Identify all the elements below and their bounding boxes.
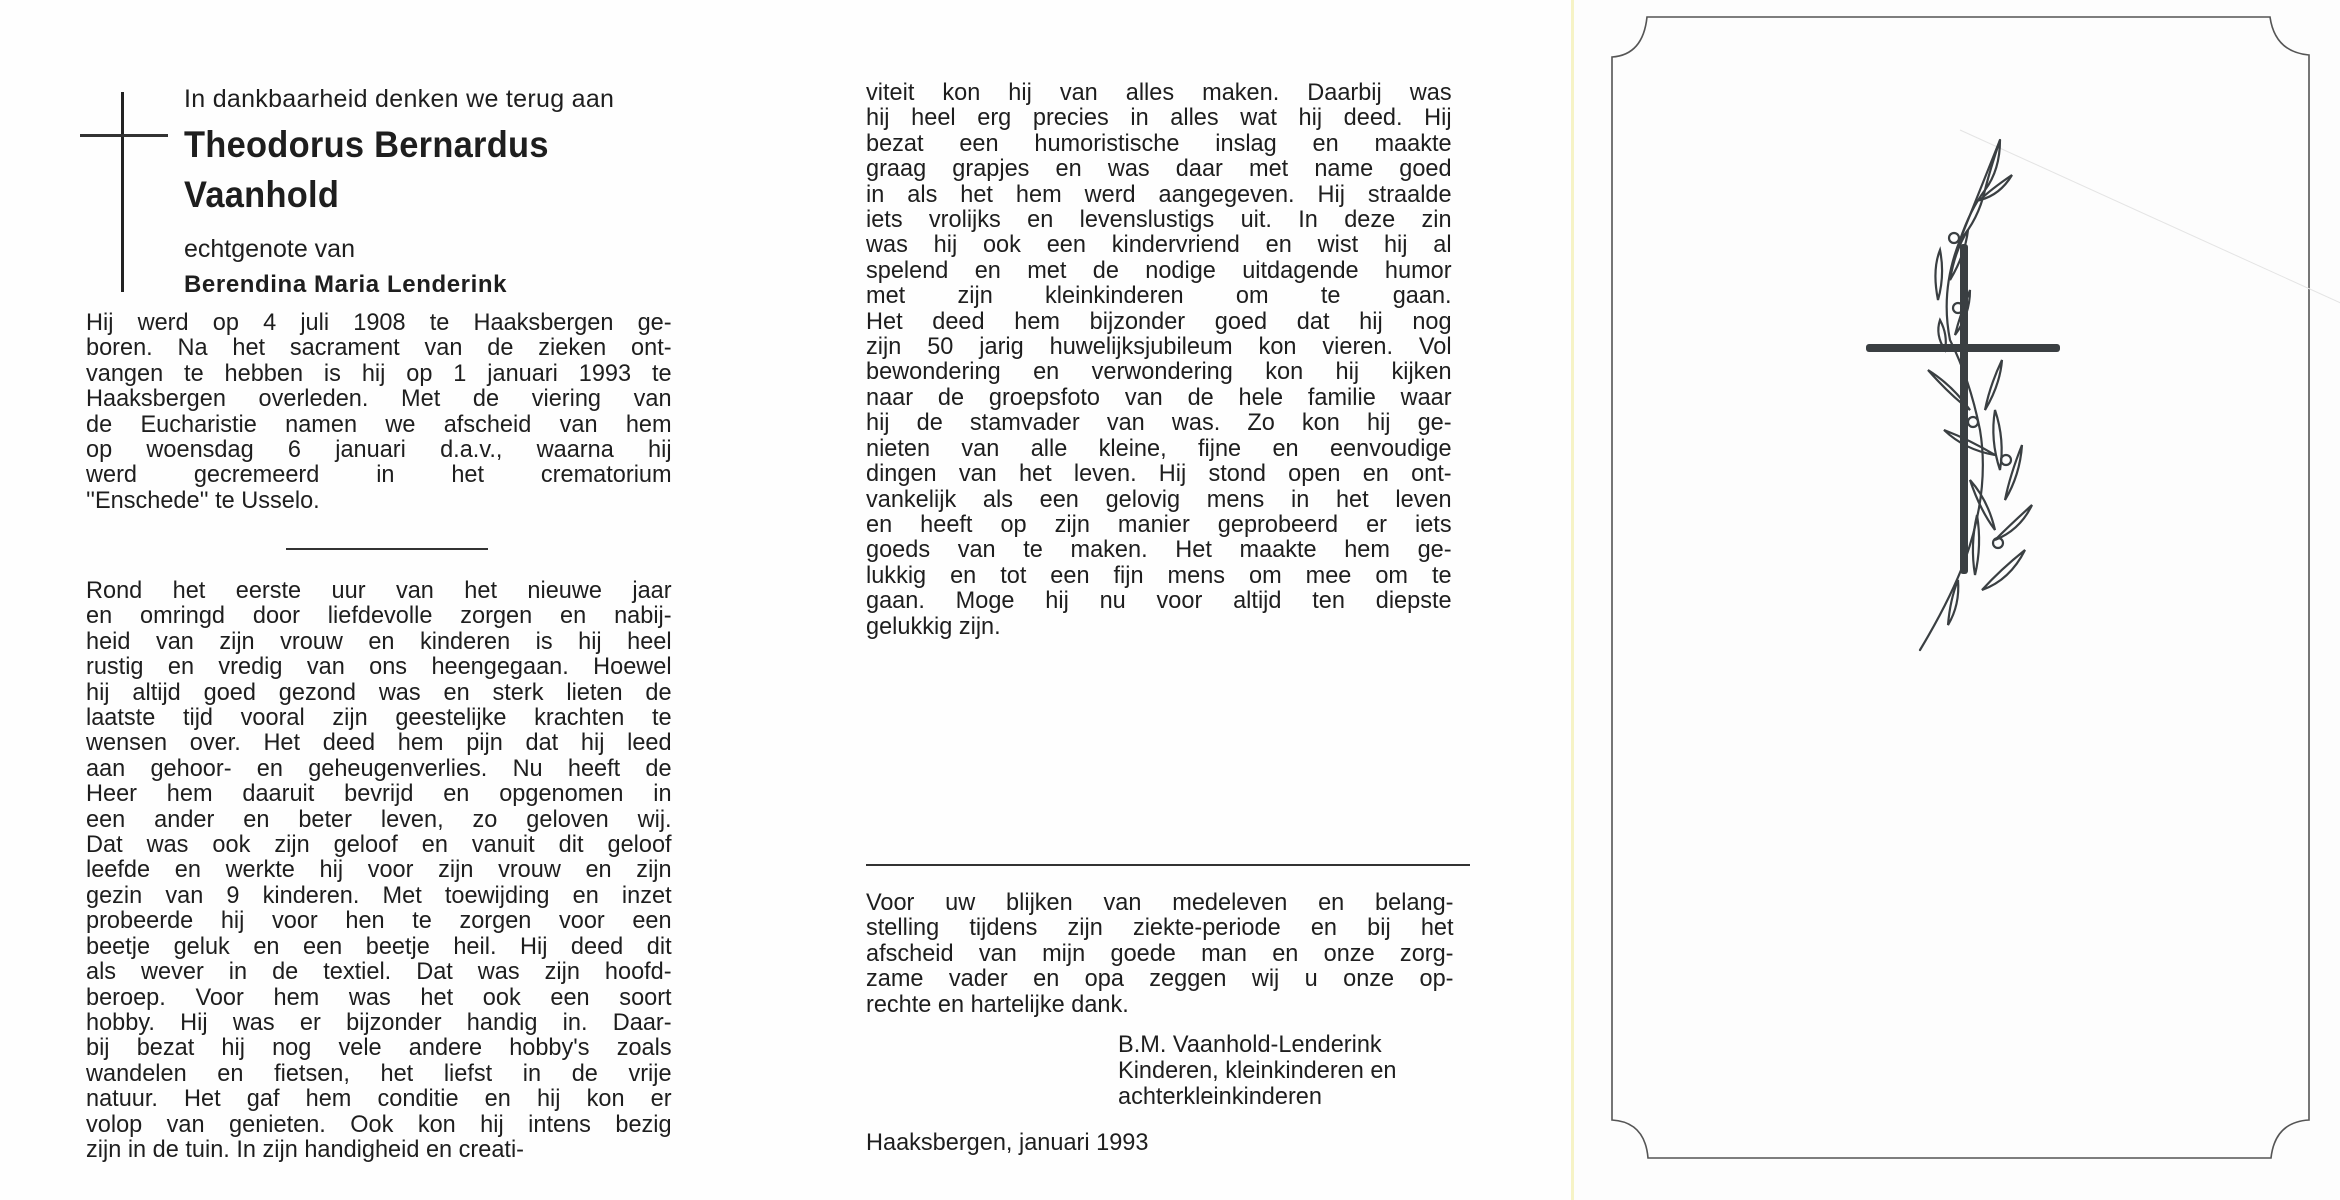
- cross-with-olive-branch-icon: [1840, 130, 2120, 670]
